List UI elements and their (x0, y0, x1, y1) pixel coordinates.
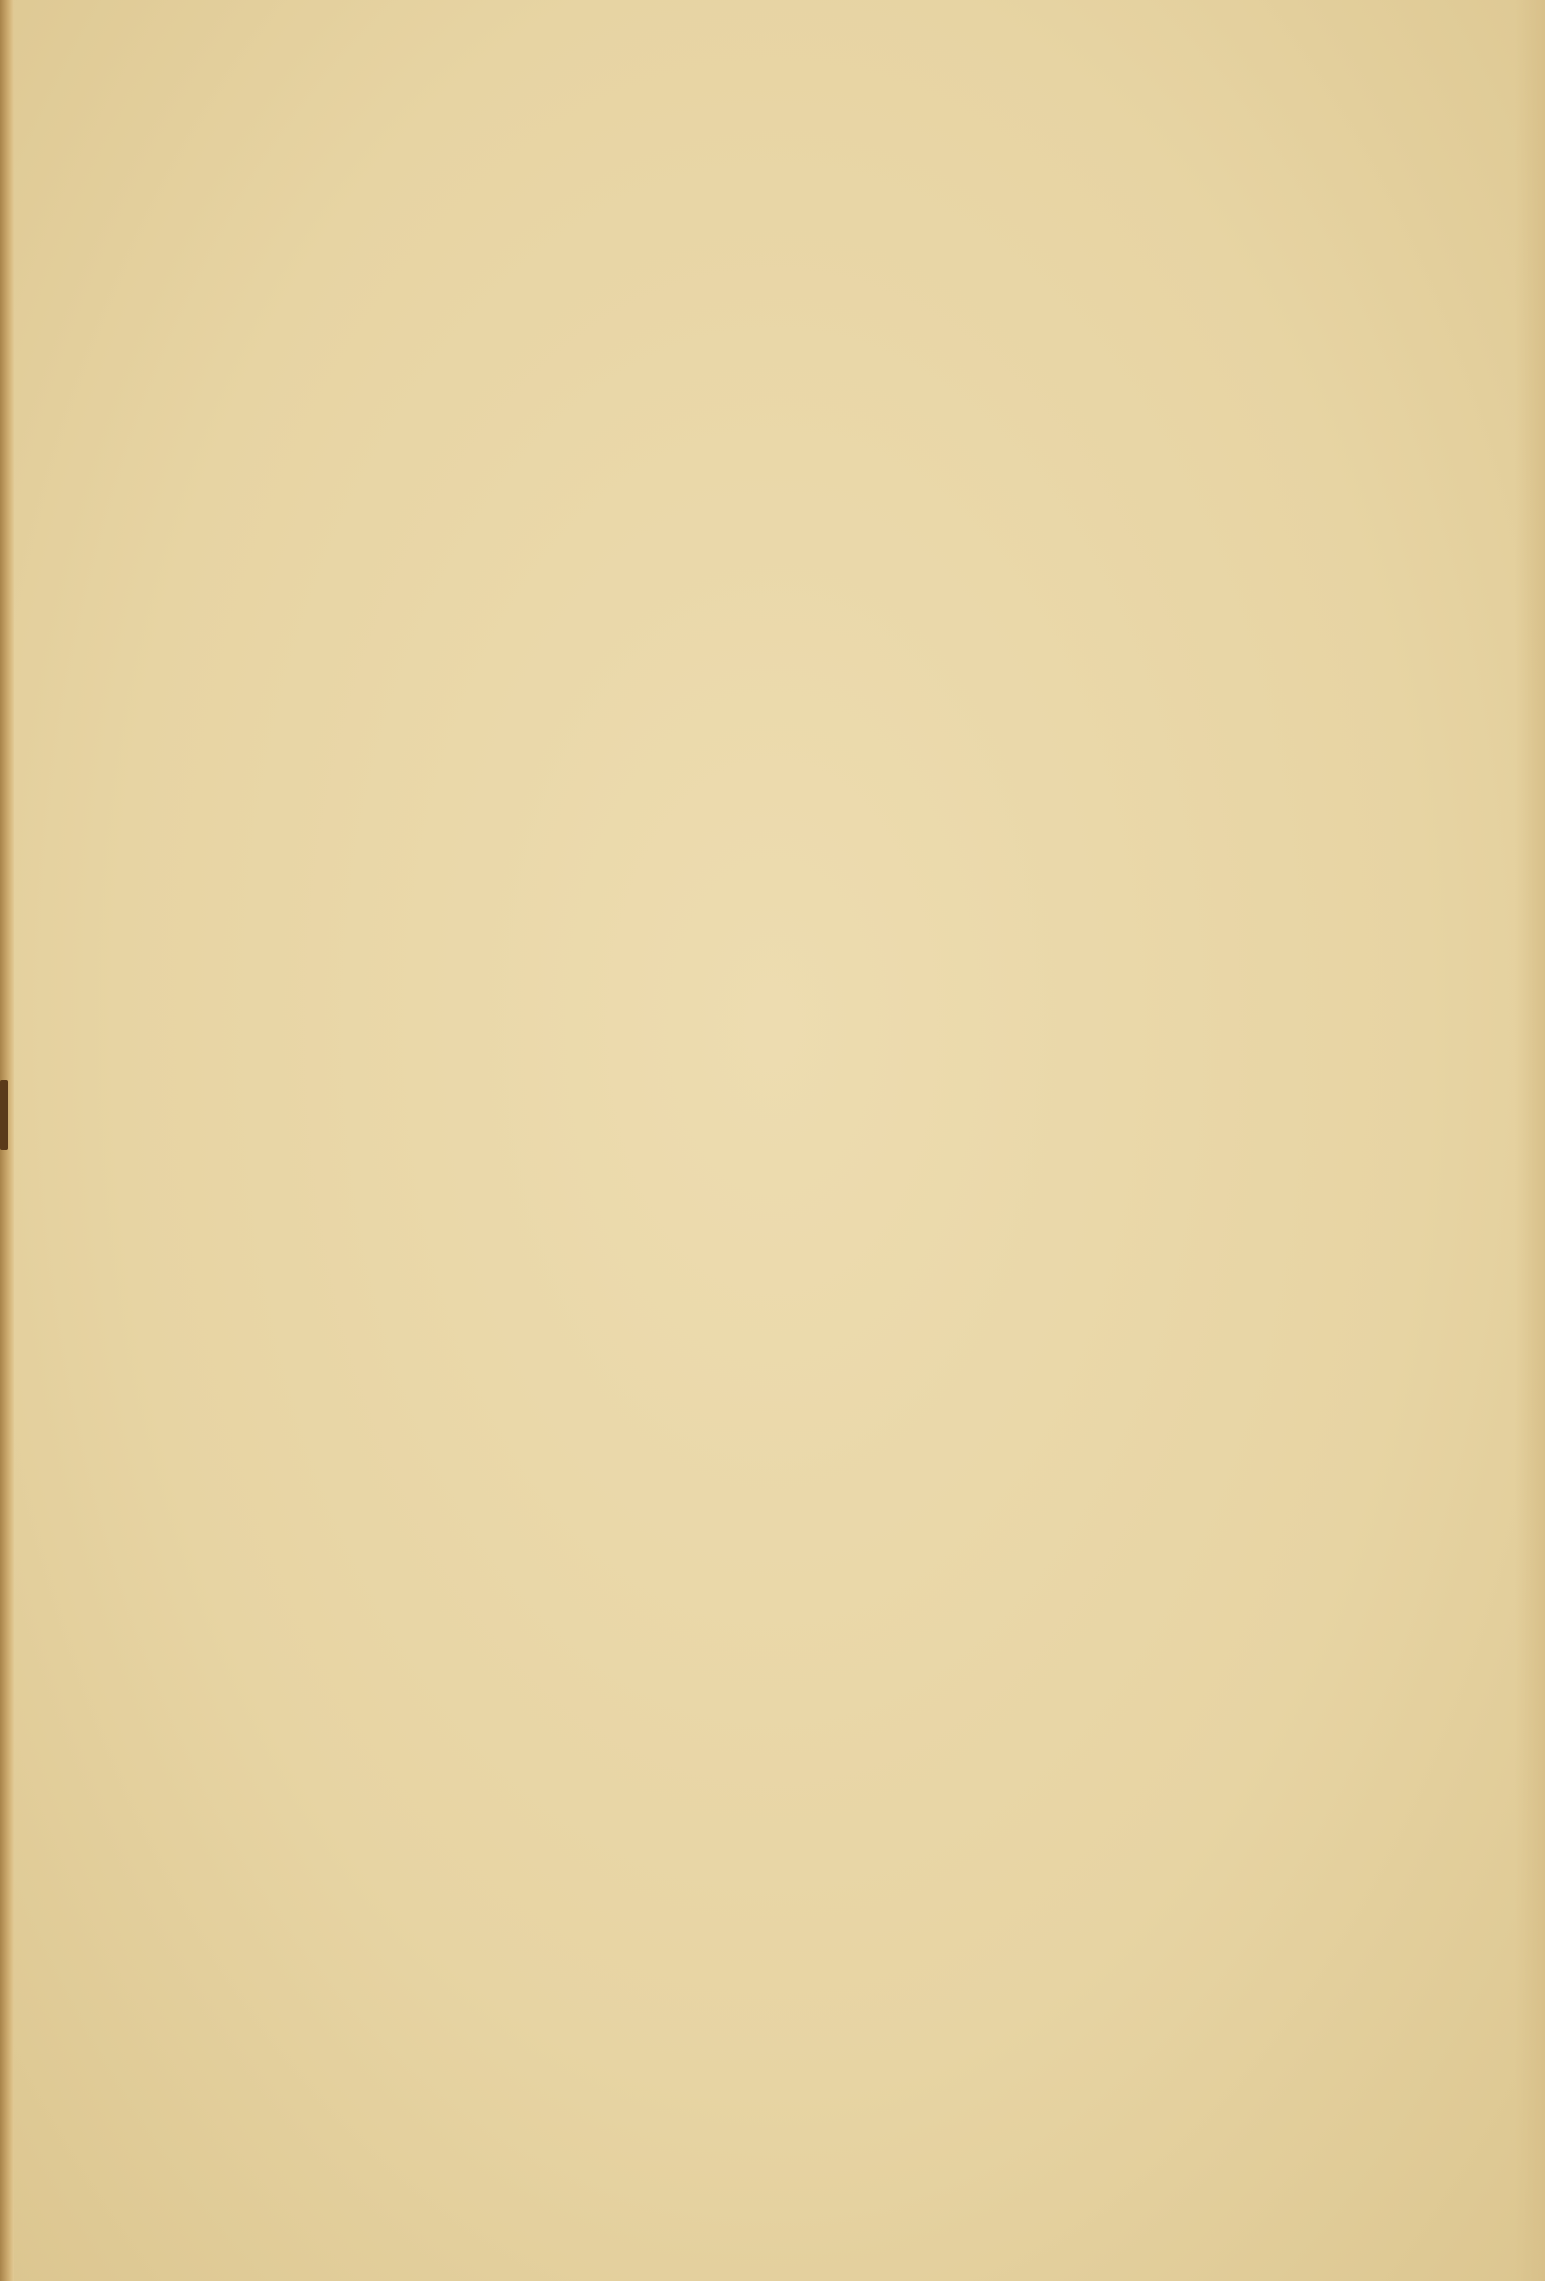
book-page (0, 0, 1545, 2281)
bleed-through-text (0, 0, 1545, 2281)
